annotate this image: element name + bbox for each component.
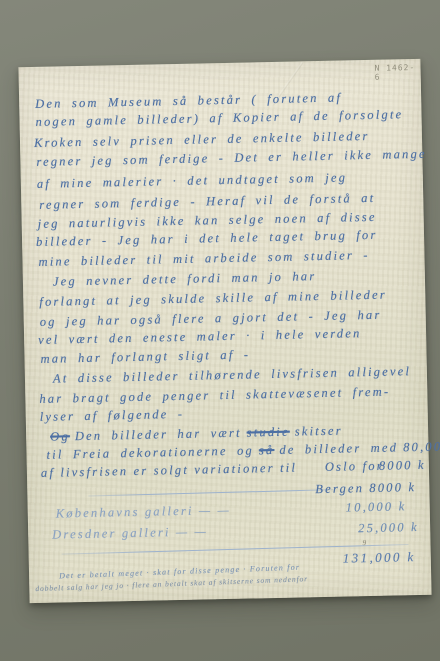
gallery-label: Københavns galleri — —: [56, 503, 231, 522]
city-label: Oslo for: [325, 459, 384, 475]
amount: 10,000 k: [346, 499, 407, 515]
line-segment: af livsfrisen er solgt variationer til: [41, 461, 297, 481]
handwritten-line: At disse billeder tilhørende livsfrisen …: [53, 364, 411, 386]
amount: 25,000 k: [358, 520, 419, 536]
handwritten-line: har bragt gode penger til skattevæsenet …: [39, 385, 390, 407]
line-segment: til Freia dekorationerne og: [46, 443, 254, 461]
scan-background: N 1462-6 Den som Museum så består ( foru…: [0, 0, 440, 661]
amount: 8000 k: [369, 480, 416, 496]
handwritten-line: Kroken selv prisen eller de enkelte bill…: [34, 129, 370, 151]
line-segment: skitser: [295, 424, 343, 439]
handwritten-line: af mine malerier · det undtaget som jeg: [37, 170, 348, 191]
handwritten-line: lyser af følgende -: [40, 407, 185, 425]
pencil-correction: 9: [362, 538, 366, 547]
line-segment: de billeder med: [279, 440, 398, 456]
struck-word: så: [259, 443, 275, 457]
amount: 80,000 k: [403, 439, 440, 454]
struck-word: Og: [50, 429, 70, 443]
handwritten-line: mine billeder til mit arbeide som studie…: [38, 248, 370, 270]
handwritten-line: regner jeg som ferdige - Det er heller i…: [36, 147, 427, 170]
handwritten-line: man har forlangt sligt af -: [40, 347, 250, 366]
handwritten-line: billeder - Jeg har i det hele taget brug…: [36, 228, 378, 250]
handwritten-line: regner som ferdige - Heraf vil de forstå…: [39, 191, 375, 213]
handwritten-line: Jeg nevner dette fordi man jo har: [53, 269, 317, 290]
struck-word: studie: [247, 425, 290, 440]
amount: 8000 k: [379, 458, 426, 474]
line-segment: Den billeder har vært: [75, 426, 242, 443]
handwritten-line: forlangt at jeg skulde skille af mine bi…: [39, 288, 387, 310]
gallery-label: Dresdner galleri — —: [52, 524, 208, 542]
letter-paper: N 1462-6 Den som Museum så består ( foru…: [18, 59, 431, 603]
handwritten-line: vel vært den eneste maler · i hele verde…: [38, 326, 362, 348]
total-amount: 131,000 k: [343, 549, 416, 567]
city-label: Bergen: [315, 481, 364, 497]
account-row: Dresdner galleri — — 25,000 k: [28, 520, 430, 544]
archival-number: N 1462-6: [374, 63, 420, 82]
